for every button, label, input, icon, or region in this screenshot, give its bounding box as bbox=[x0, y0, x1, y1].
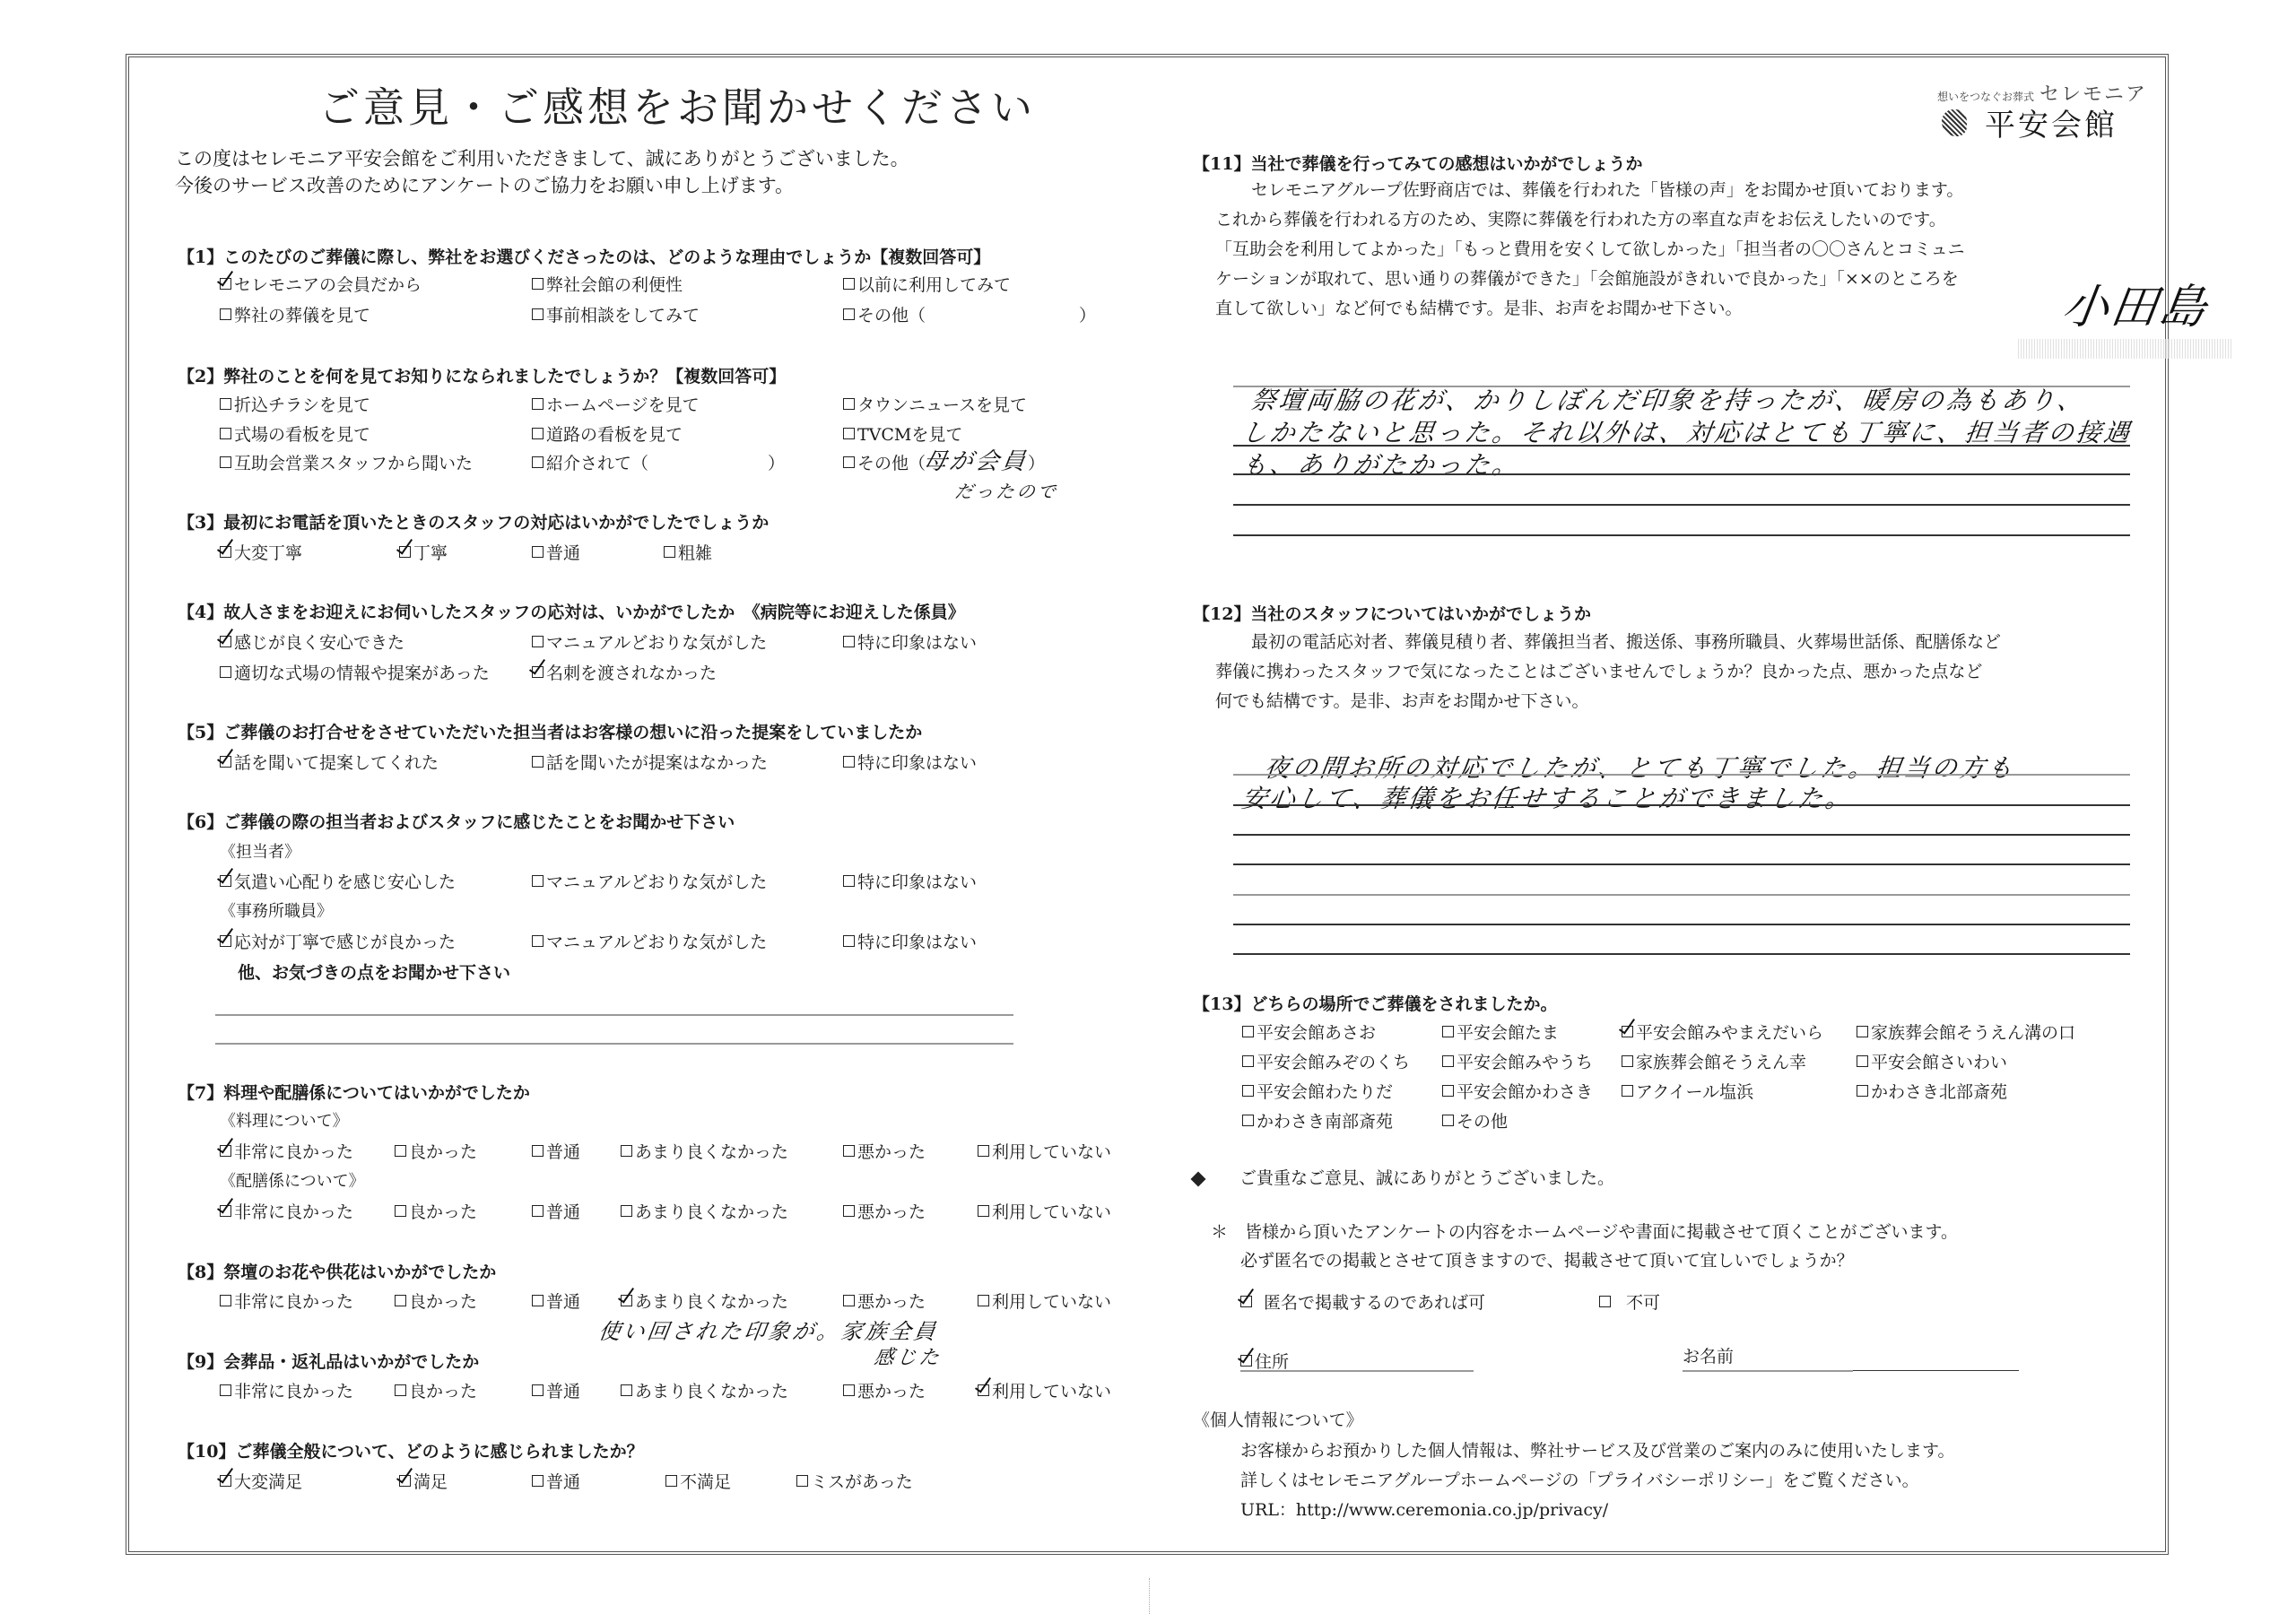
checkbox[interactable] bbox=[532, 1145, 544, 1157]
q10-option[interactable]: ミスがあった bbox=[796, 1469, 913, 1493]
q2-option[interactable]: 互助会営業スタッフから聞いた bbox=[220, 450, 473, 474]
q4-option[interactable]: 感じが良く安心できた bbox=[220, 629, 404, 654]
checkbox[interactable] bbox=[220, 1145, 231, 1157]
q7-option[interactable]: あまり良くなかった bbox=[621, 1199, 788, 1223]
q12-description: 葬儀に携わったスタッフで気になったことはございませんでしょうか？良かった点、悪か… bbox=[1215, 657, 1982, 687]
q8-option[interactable]: あまり良くなかった bbox=[621, 1289, 788, 1313]
checkbox[interactable] bbox=[1857, 1055, 1868, 1067]
privacy-url[interactable]: URL：http://www.ceremonia.co.jp/privacy/ bbox=[1240, 1496, 1608, 1525]
publish-ok-option[interactable]: 匿名で掲載するのであれば可 bbox=[1240, 1289, 1485, 1314]
checkbox[interactable] bbox=[843, 1384, 855, 1396]
checkbox[interactable] bbox=[1442, 1026, 1454, 1037]
checkbox[interactable] bbox=[1857, 1026, 1868, 1037]
checkbox[interactable] bbox=[532, 875, 544, 887]
q13-option[interactable]: かわさき南部斎苑 bbox=[1242, 1108, 1393, 1132]
checkbox[interactable] bbox=[621, 1295, 632, 1306]
q12-answer-line[interactable] bbox=[1233, 894, 2130, 896]
checkbox[interactable] bbox=[532, 278, 544, 290]
checkbox[interactable] bbox=[532, 1384, 544, 1396]
q7-sub-food: 《料理について》 bbox=[220, 1108, 349, 1132]
checkbox[interactable] bbox=[532, 398, 544, 410]
q13-option[interactable]: 平安会館みやうち bbox=[1442, 1049, 1593, 1073]
publish-notice: ＊ 皆様から頂いたアンケートの内容をホームページや書面に掲載させて頂くことがござ… bbox=[1211, 1218, 1958, 1247]
q2-option[interactable]: 折込チラシを見て bbox=[220, 392, 370, 416]
q6-sub-office: 《事務所職員》 bbox=[220, 898, 333, 922]
checkbox[interactable] bbox=[843, 756, 855, 768]
q12-title: 【12】当社のスタッフについてはいかがでしょうか bbox=[1193, 601, 1591, 625]
q13-option[interactable]: 家族葬会館そうえん幸 bbox=[1622, 1049, 1806, 1073]
q11-description: ケーションが取れて、思い通りの葬儀ができた」「会館施設がきれいで良かった」「××… bbox=[1215, 265, 1959, 294]
q3-option[interactable]: 大変丁寧 bbox=[220, 540, 302, 564]
q12-answer-line-2: 安心して、葬儀をお任せすることができました。 bbox=[1239, 779, 1856, 815]
q7-title: 【7】料理や配膳係についてはいかがでしたか bbox=[178, 1080, 530, 1104]
q11-answer-line-2: しかたないと思った。それ以外は、対応はとても丁寧に、担当者の接遇 bbox=[1239, 413, 2135, 449]
checkbox[interactable] bbox=[843, 308, 855, 320]
handwritten-other-reason: 母が会員 bbox=[921, 443, 1030, 476]
q5-option[interactable]: 特に印象はない bbox=[843, 750, 977, 774]
q13-option[interactable]: 平安会館かわさき bbox=[1442, 1079, 1593, 1103]
q13-option[interactable]: その他 bbox=[1442, 1108, 1508, 1132]
checkbox[interactable] bbox=[220, 666, 231, 678]
q11-description: セレモニアグループ佐野商店では、葬儀を行われた「皆様の声」をお聞かせ頂いておりま… bbox=[1251, 176, 1963, 205]
diamond-bullet-icon bbox=[1191, 1171, 1206, 1186]
q1-option[interactable]: 以前に利用してみて bbox=[843, 272, 1011, 296]
name-line[interactable] bbox=[1683, 1370, 1853, 1372]
checkbox[interactable] bbox=[1622, 1026, 1633, 1037]
q9-option[interactable]: 良かった bbox=[395, 1378, 477, 1402]
q11-answer-line[interactable] bbox=[1233, 473, 2130, 475]
q7-option[interactable]: 良かった bbox=[395, 1139, 477, 1163]
checkbox[interactable] bbox=[843, 1205, 855, 1217]
q3-option[interactable]: 粗雑 bbox=[664, 540, 712, 564]
q6-answer-line[interactable] bbox=[215, 1014, 1013, 1016]
page-title: ご意見・ご感想をお聞かせください bbox=[318, 75, 1036, 134]
q13-title: 【13】どちらの場所でご葬儀をされましたか。 bbox=[1193, 991, 1557, 1015]
q2-option[interactable]: 道路の看板を見て bbox=[532, 421, 683, 446]
q6-option[interactable]: 特に印象はない bbox=[843, 929, 977, 953]
checkbox[interactable] bbox=[1857, 1085, 1868, 1097]
checkbox[interactable] bbox=[1442, 1115, 1454, 1126]
q3-option[interactable]: 丁寧 bbox=[399, 540, 448, 564]
checkbox[interactable] bbox=[978, 1295, 989, 1306]
checkbox[interactable] bbox=[532, 456, 544, 468]
checkbox[interactable] bbox=[532, 935, 544, 947]
q6-other-prompt: 他、お気づきの点をお聞かせ下さい bbox=[238, 959, 510, 984]
checkbox[interactable] bbox=[399, 1475, 411, 1487]
q9-title: 【9】会葬品・返礼品はいかがでしたか bbox=[178, 1349, 479, 1373]
checkbox[interactable] bbox=[220, 278, 231, 290]
logo: 平安会館 bbox=[1942, 100, 2118, 144]
q1-option[interactable]: その他（ ） bbox=[843, 302, 1096, 326]
q13-option[interactable]: 平安会館みやまえだいら bbox=[1622, 1020, 1823, 1044]
q7-option[interactable]: 非常に良かった bbox=[220, 1199, 353, 1223]
q7-option[interactable]: あまり良くなかった bbox=[621, 1139, 788, 1163]
q11-answer-line[interactable] bbox=[1233, 386, 2130, 387]
closing-thanks: ご貴重なご意見、誠にありがとうございました。 bbox=[1193, 1164, 1614, 1193]
checkbox[interactable] bbox=[220, 398, 231, 410]
handwritten-other-reason-2: だったので bbox=[953, 477, 1060, 503]
checkbox[interactable] bbox=[978, 1145, 989, 1157]
logo-mark-icon bbox=[1942, 109, 1967, 136]
q2-title: 【2】弊社のことを何を見てお知りになられましたでしょうか？【複数回答可】 bbox=[178, 363, 786, 387]
checkbox[interactable] bbox=[1622, 1055, 1633, 1067]
q1-option[interactable]: 事前相談をしてみて bbox=[532, 302, 700, 326]
handwritten-margin-name: 小田島 bbox=[2058, 269, 2213, 336]
handwritten-comment-flowers-2: 感じた bbox=[873, 1342, 944, 1370]
q7-sub-serving: 《配膳係について》 bbox=[220, 1168, 365, 1192]
q13-option[interactable]: 平安会館みぞのくち bbox=[1242, 1049, 1410, 1073]
checkbox[interactable] bbox=[395, 1145, 406, 1157]
checkbox[interactable] bbox=[664, 546, 675, 558]
q6-title: 【6】ご葬儀の際の担当者およびスタッフに感じたことをお聞かせ下さい bbox=[178, 809, 735, 833]
checkbox[interactable] bbox=[532, 756, 544, 768]
checkbox[interactable] bbox=[220, 1384, 231, 1396]
checkbox[interactable] bbox=[978, 1205, 989, 1217]
q10-option[interactable]: 満足 bbox=[399, 1469, 448, 1493]
checkbox[interactable] bbox=[1242, 1026, 1254, 1037]
q1-option[interactable]: セレモニアの会員だから bbox=[220, 272, 422, 296]
q5-option[interactable]: 話を聞いたが提案はなかった bbox=[532, 750, 768, 774]
q11-title: 【11】当社で葬儀を行ってみての感想はいかがでしょうか bbox=[1193, 151, 1642, 175]
checkbox[interactable] bbox=[1242, 1115, 1254, 1126]
q6-answer-line[interactable] bbox=[215, 1043, 1013, 1045]
q2-option[interactable]: タウンニュースを見て bbox=[843, 392, 1027, 416]
q9-option[interactable]: あまり良くなかった bbox=[621, 1378, 788, 1402]
q9-option[interactable]: 利用していない bbox=[978, 1378, 1111, 1402]
q8-option[interactable]: 良かった bbox=[395, 1289, 477, 1313]
q13-option[interactable]: 平安会館さいわい bbox=[1857, 1049, 2007, 1073]
q1-option[interactable]: 弊社の葬儀を見て bbox=[220, 302, 370, 326]
address-field[interactable]: 住所 bbox=[1240, 1349, 1289, 1373]
checkbox[interactable] bbox=[220, 756, 231, 768]
q6-option[interactable]: マニュアルどおりな気がした bbox=[532, 869, 767, 893]
q13-option[interactable]: 平安会館わたりだ bbox=[1242, 1079, 1393, 1103]
checkbox[interactable] bbox=[220, 636, 231, 647]
checkbox[interactable] bbox=[532, 546, 544, 558]
intro-line-1: この度はセレモニア平安会館をご利用いただきまして、誠にありがとうございました。 bbox=[175, 145, 909, 172]
q12-answer-line[interactable] bbox=[1233, 953, 2130, 955]
checkbox[interactable] bbox=[1242, 1085, 1254, 1097]
q3-option[interactable]: 普通 bbox=[532, 540, 580, 564]
checkbox[interactable] bbox=[220, 308, 231, 320]
q10-option[interactable]: 大変満足 bbox=[220, 1469, 302, 1493]
checkbox[interactable] bbox=[843, 398, 855, 410]
q2-option[interactable]: ホームページを見て bbox=[532, 392, 700, 416]
q8-option[interactable]: 普通 bbox=[532, 1289, 580, 1313]
checkbox[interactable] bbox=[1242, 1055, 1254, 1067]
q6-option[interactable]: マニュアルどおりな気がした bbox=[532, 929, 767, 953]
checkbox[interactable] bbox=[1240, 1296, 1252, 1307]
q4-option[interactable]: 特に印象はない bbox=[843, 629, 977, 654]
q9-option[interactable]: 悪かった bbox=[843, 1378, 926, 1402]
q9-option[interactable]: 非常に良かった bbox=[220, 1378, 353, 1402]
name-label: お名前 bbox=[1683, 1342, 1734, 1372]
checkbox[interactable] bbox=[220, 1205, 231, 1217]
checkbox[interactable] bbox=[220, 1475, 231, 1487]
fold-line bbox=[1149, 1578, 1150, 1614]
checkbox[interactable] bbox=[220, 875, 231, 887]
checkbox[interactable] bbox=[395, 1384, 406, 1396]
checkbox[interactable] bbox=[399, 546, 411, 558]
q11-answer-line-3: も、ありがたかった。 bbox=[1239, 446, 1523, 482]
name-line[interactable] bbox=[1853, 1370, 2019, 1371]
handwritten-comment-flowers: 使い回された印象が。家族全員 bbox=[597, 1314, 941, 1345]
q4-option[interactable]: 名刺を渡されなかった bbox=[532, 660, 717, 684]
checkbox[interactable] bbox=[843, 636, 855, 647]
checkbox[interactable] bbox=[843, 935, 855, 947]
q11-answer-line[interactable] bbox=[1233, 504, 2130, 506]
q6-option[interactable]: 応対が丁寧で感じが良かった bbox=[220, 929, 456, 953]
scan-noise bbox=[2018, 339, 2233, 359]
checkbox[interactable] bbox=[220, 546, 231, 558]
q9-option[interactable]: 普通 bbox=[532, 1378, 580, 1402]
address-line[interactable] bbox=[1240, 1370, 1474, 1372]
checkbox[interactable] bbox=[395, 1295, 406, 1306]
q7-option[interactable]: 普通 bbox=[532, 1199, 580, 1223]
checkbox[interactable] bbox=[1442, 1055, 1454, 1067]
q5-option[interactable]: 話を聞いて提案してくれた bbox=[220, 750, 439, 774]
q13-option[interactable]: 平安会館あさお bbox=[1242, 1020, 1376, 1044]
q12-answer-line[interactable] bbox=[1233, 804, 2130, 806]
checkbox[interactable] bbox=[621, 1205, 632, 1217]
q7-option[interactable]: 悪かった bbox=[843, 1139, 926, 1163]
q2-option[interactable]: TVCMを見て bbox=[843, 421, 962, 446]
q13-option[interactable]: 家族葬会館そうえん溝の口 bbox=[1857, 1020, 2075, 1044]
q3-title: 【3】最初にお電話を頂いたときのスタッフの対応はいかがでしたでしょうか bbox=[178, 509, 769, 534]
checkbox[interactable] bbox=[1240, 1355, 1252, 1367]
checkbox[interactable] bbox=[532, 636, 544, 647]
checkbox[interactable] bbox=[843, 456, 855, 468]
publish-question: 必ず匿名での掲載とさせて頂きますので、掲載させて頂いて宜しいでしょうか？ bbox=[1240, 1246, 1854, 1276]
q13-option[interactable]: かわさき北部斎苑 bbox=[1857, 1079, 2007, 1103]
checkbox[interactable] bbox=[395, 1205, 406, 1217]
checkbox[interactable] bbox=[1622, 1085, 1633, 1097]
q4-option[interactable]: マニュアルどおりな気がした bbox=[532, 629, 767, 654]
q12-description: 何でも結構です。是非、お声をお聞かせ下さい。 bbox=[1215, 687, 1588, 716]
checkbox[interactable] bbox=[532, 308, 544, 320]
q10-title: 【10】ご葬儀全般について、どのように感じられましたか？ bbox=[178, 1438, 644, 1462]
checkbox[interactable] bbox=[220, 456, 231, 468]
q10-option[interactable]: 普通 bbox=[532, 1469, 580, 1493]
q1-option[interactable]: 弊社会館の利便性 bbox=[532, 272, 683, 296]
q2-option[interactable]: 式場の看板を見て bbox=[220, 421, 370, 446]
q1-title: 【1】このたびのご葬儀に際し、弊社をお選びくださったのは、どのような理由でしょう… bbox=[178, 244, 990, 268]
q5-title: 【5】ご葬儀のお打合せをさせていただいた担当者はお客様の想いに沿った提案をしてい… bbox=[178, 719, 922, 743]
q12-answer-line[interactable] bbox=[1233, 774, 2130, 776]
q7-option[interactable]: 普通 bbox=[532, 1139, 580, 1163]
q11-description: 直して欲しい」など何でも結構です。是非、お声をお聞かせ下さい。 bbox=[1215, 294, 1742, 324]
q13-option[interactable]: 平安会館たま bbox=[1442, 1020, 1559, 1044]
q11-description: これから葬儀を行われる方のため、実際に葬儀を行われた方の率直な声をお伝えしたいの… bbox=[1215, 205, 1946, 235]
checkbox[interactable] bbox=[532, 666, 544, 678]
checkbox[interactable] bbox=[665, 1475, 677, 1487]
q6-option[interactable]: 気遣い心配りを感じ安心した bbox=[220, 869, 456, 893]
checkbox[interactable] bbox=[843, 1145, 855, 1157]
checkbox[interactable] bbox=[843, 1295, 855, 1306]
q11-description: 「互助会を利用してよかった」「もっと費用を安くして欲しかった」「担当者の〇〇さん… bbox=[1215, 235, 1965, 265]
checkbox[interactable] bbox=[843, 875, 855, 887]
intro-line-2: 今後のサービス改善のためにアンケートのご協力をお願い申し上げます。 bbox=[175, 172, 794, 199]
checkbox[interactable] bbox=[532, 1205, 544, 1217]
q12-description: 最初の電話応対者、葬儀見積り者、葬儀担当者、搬送係、事務所職員、火葬場世話係、配… bbox=[1251, 628, 2001, 657]
q8-option[interactable]: 非常に良かった bbox=[220, 1289, 353, 1313]
q6-option[interactable]: 特に印象はない bbox=[843, 869, 977, 893]
q7-option[interactable]: 良かった bbox=[395, 1199, 477, 1223]
q13-option[interactable]: アクイール塩浜 bbox=[1622, 1079, 1753, 1103]
q12-answer-line[interactable] bbox=[1233, 863, 2130, 865]
checkbox[interactable] bbox=[796, 1475, 808, 1487]
checkbox[interactable] bbox=[621, 1384, 632, 1396]
q8-option[interactable]: 利用していない bbox=[978, 1289, 1111, 1313]
q7-option[interactable]: 悪かった bbox=[843, 1199, 926, 1223]
q4-title: 【4】故人さまをお迎えにお伺いしたスタッフの応対は、いかがでしたか 《病院等にお… bbox=[178, 599, 965, 623]
checkbox[interactable] bbox=[978, 1384, 989, 1396]
checkbox[interactable] bbox=[1599, 1296, 1611, 1307]
q8-title: 【8】祭壇のお花や供花はいかがでしたか bbox=[178, 1259, 496, 1283]
checkbox[interactable] bbox=[220, 1295, 231, 1306]
q2-option[interactable]: 紹介されて（ ） bbox=[532, 450, 785, 474]
privacy-title: 《個人情報について》 bbox=[1193, 1406, 1363, 1436]
checkbox[interactable] bbox=[843, 428, 855, 439]
q8-option[interactable]: 悪かった bbox=[843, 1289, 926, 1313]
privacy-line-1: お客様からお預かりした個人情報は、弊社サービス及び営業のご案内のみに使用いたしま… bbox=[1240, 1436, 1954, 1466]
q11-answer-line[interactable] bbox=[1233, 445, 2130, 447]
q6-sub-staff: 《担当者》 bbox=[220, 839, 300, 863]
q4-option[interactable]: 適切な式場の情報や提案があった bbox=[220, 660, 490, 684]
checkbox[interactable] bbox=[220, 935, 231, 947]
q12-answer-line[interactable] bbox=[1233, 924, 2130, 925]
checkbox[interactable] bbox=[532, 428, 544, 439]
privacy-line-2: 詳しくはセレモニアグループホームページの「プライバシーポリシー」をご覧ください。 bbox=[1240, 1466, 1919, 1496]
checkbox[interactable] bbox=[843, 278, 855, 290]
checkbox[interactable] bbox=[621, 1145, 632, 1157]
q10-option[interactable]: 不満足 bbox=[665, 1469, 731, 1493]
publish-ng-option[interactable]: 不可 bbox=[1599, 1289, 1660, 1314]
checkbox[interactable] bbox=[532, 1295, 544, 1306]
checkbox[interactable] bbox=[532, 1475, 544, 1487]
checkbox[interactable] bbox=[220, 428, 231, 439]
q7-option[interactable]: 非常に良かった bbox=[220, 1139, 353, 1163]
q7-option[interactable]: 利用していない bbox=[978, 1139, 1111, 1163]
q12-answer-line[interactable] bbox=[1233, 834, 2130, 836]
q7-option[interactable]: 利用していない bbox=[978, 1199, 1111, 1223]
q11-answer-line[interactable] bbox=[1233, 534, 2130, 536]
checkbox[interactable] bbox=[1442, 1085, 1454, 1097]
